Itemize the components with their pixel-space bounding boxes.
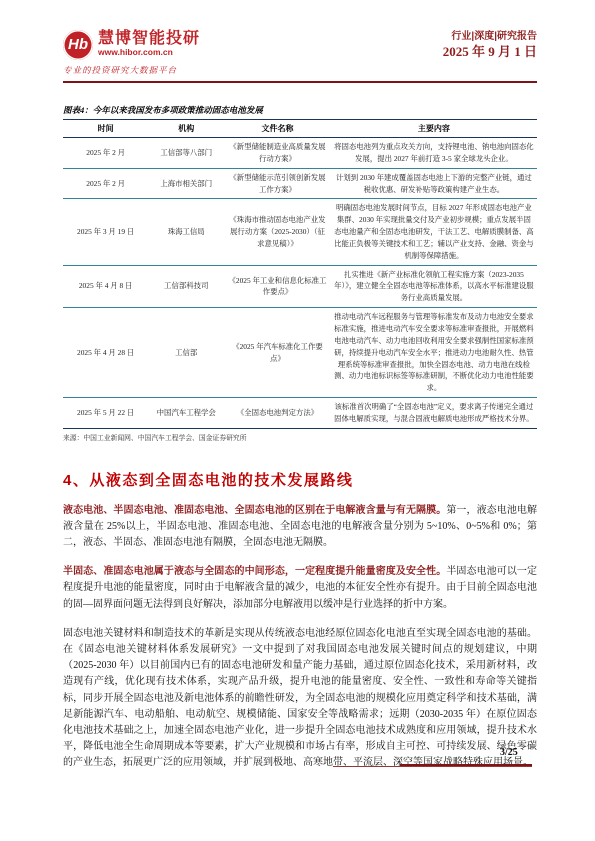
cell-content: 明确固态电池发展时间节点，目标 2027 年形成固态电池产业集群、2030 年实…: [331, 199, 537, 265]
cell-org: 工信部科技司: [148, 265, 224, 308]
cell-doc: 《珠海市推动固态电池产业发展行动方案（2025-2030）（征求意见稿）》: [224, 199, 331, 265]
cell-time: 2025 年 4 月 28 日: [63, 308, 148, 398]
cell-doc: 《2025 年工业和信息化标准工作要点》: [224, 265, 331, 308]
report-meta: 行业|深度|研究报告 2025 年 9 月 1 日: [443, 30, 537, 60]
page-header: Hb 慧博智能投研 www.hibor.com.cn 专业的投资研究大数据平台 …: [63, 30, 537, 76]
page-content: Hb 慧博智能投研 www.hibor.com.cn 专业的投资研究大数据平台 …: [63, 0, 537, 772]
brand-name: 慧博智能投研: [98, 30, 200, 47]
figure-title: 图表4：今年以来我国发布多项政策推动固态电池发展: [63, 104, 537, 116]
paragraph-lead: 半固态、准固态电池属于液态与全固态的中间形态，一定程度提升能量密度及安全性。: [63, 566, 446, 577]
paragraph-lead: 液态电池、半固态电池、准固态电池、全固态电池的区别在于电解液含量与有无隔膜。: [63, 505, 446, 516]
cell-org: 工信部等八部门: [148, 138, 224, 169]
header-divider: [63, 81, 537, 83]
report-date: 2025 年 9 月 1 日: [443, 43, 537, 60]
column-header-doc: 文件名称: [224, 120, 331, 138]
cell-time: 2025 年 2 月: [63, 168, 148, 199]
report-type-label: 行业|深度|研究报告: [443, 30, 537, 43]
paragraph-body: 固态电池关键材料和制造技术的革新是实现从传统液态电池经原位固态化电池直至实现全固…: [63, 628, 537, 769]
cell-org: 工信部: [148, 308, 224, 398]
cell-time: 2025 年 2 月: [63, 138, 148, 169]
cell-time: 2025 年 3 月 19 日: [63, 199, 148, 265]
cell-content: 将固态电池列为重点攻关方向，支持锂电池、钠电池向固态化发展，提出 2027 年前…: [331, 138, 537, 169]
brand-slogan: 专业的投资研究大数据平台: [63, 64, 200, 76]
footer-divider-thick: [400, 764, 532, 766]
paragraph: 半固态、准固态电池属于液态与全固态的中间形态，一定程度提升能量密度及安全性。半固…: [63, 564, 537, 613]
table-row: 2025 年 2 月 上海市相关部门 《新型储能示范引领创新发展工作方案》 计划…: [63, 168, 537, 199]
cell-org: 中国汽车工程学会: [148, 398, 224, 429]
brand-logo: Hb 慧博智能投研 www.hibor.com.cn 专业的投资研究大数据平台: [63, 30, 200, 76]
cell-doc: 《新型储能制造业高质量发展行动方案》: [224, 138, 331, 169]
report-page: Hb 慧博智能投研 www.hibor.com.cn 专业的投资研究大数据平台 …: [0, 0, 595, 841]
paragraph: 固态电池关键材料和制造技术的革新是实现从传统液态电池经原位固态化电池直至实现全固…: [63, 626, 537, 772]
table-row: 2025 年 5 月 22 日 中国汽车工程学会 《全固态电池判定方法》 该标准…: [63, 398, 537, 429]
page-number: 3/25: [500, 747, 518, 758]
cell-content: 扎实推进《新产业标准化领航工程实施方案（2023-2035 年）》，建立健全全固…: [331, 265, 537, 308]
table-row: 2025 年 4 月 28 日 工信部 《2025 年汽车标准化工作要点》 推动…: [63, 308, 537, 398]
column-header-time: 时间: [63, 120, 148, 138]
column-header-org: 机构: [148, 120, 224, 138]
table-row: 2025 年 4 月 8 日 工信部科技司 《2025 年工业和信息化标准工作要…: [63, 265, 537, 308]
cell-time: 2025 年 4 月 8 日: [63, 265, 148, 308]
figure-source-note: 来源：中国工业新闻网、中国汽车工程学会、国金证券研究所: [63, 432, 537, 442]
cell-doc: 《2025 年汽车标准化工作要点》: [224, 308, 331, 398]
logo-row: Hb 慧博智能投研 www.hibor.com.cn: [63, 30, 200, 60]
cell-org: 上海市相关部门: [148, 168, 224, 199]
brand-website: www.hibor.com.cn: [98, 47, 200, 57]
cell-org: 珠海工信局: [148, 199, 224, 265]
section-heading: 4、从液态到全固态电池的技术发展路线: [63, 469, 537, 490]
hibor-logo-icon: Hb: [63, 30, 93, 60]
cell-time: 2025 年 5 月 22 日: [63, 398, 148, 429]
cell-doc: 《新型储能示范引领创新发展工作方案》: [224, 168, 331, 199]
footer-divider-thin: [333, 766, 532, 767]
column-header-main: 主要内容: [331, 120, 537, 138]
paragraph: 液态电池、半固态电池、准固态电池、全固态电池的区别在于电解液含量与有无隔膜。第一…: [63, 503, 537, 552]
table-row: 2025 年 3 月 19 日 珠海工信局 《珠海市推动固态电池产业发展行动方案…: [63, 199, 537, 265]
table-header-row: 时间 机构 文件名称 主要内容: [63, 120, 537, 138]
cell-content: 计划到 2030 年建成覆盖固态电池上下游的完整产业链，通过税收优惠、研发补贴等…: [331, 168, 537, 199]
cell-doc: 《全固态电池判定方法》: [224, 398, 331, 429]
policy-table: 时间 机构 文件名称 主要内容 2025 年 2 月 工信部等八部门 《新型储能…: [63, 119, 537, 429]
cell-content: 推动电动汽车远程服务与管理等标准发布及动力电池安全要求标准实施，推进电动汽车安全…: [331, 308, 537, 398]
cell-content: 该标准首次明确了“全固态电池”定义，要求离子传递完全通过固体电解质实现，与混合固…: [331, 398, 537, 429]
brand-text: 慧博智能投研 www.hibor.com.cn: [98, 30, 200, 57]
table-row: 2025 年 2 月 工信部等八部门 《新型储能制造业高质量发展行动方案》 将固…: [63, 138, 537, 169]
